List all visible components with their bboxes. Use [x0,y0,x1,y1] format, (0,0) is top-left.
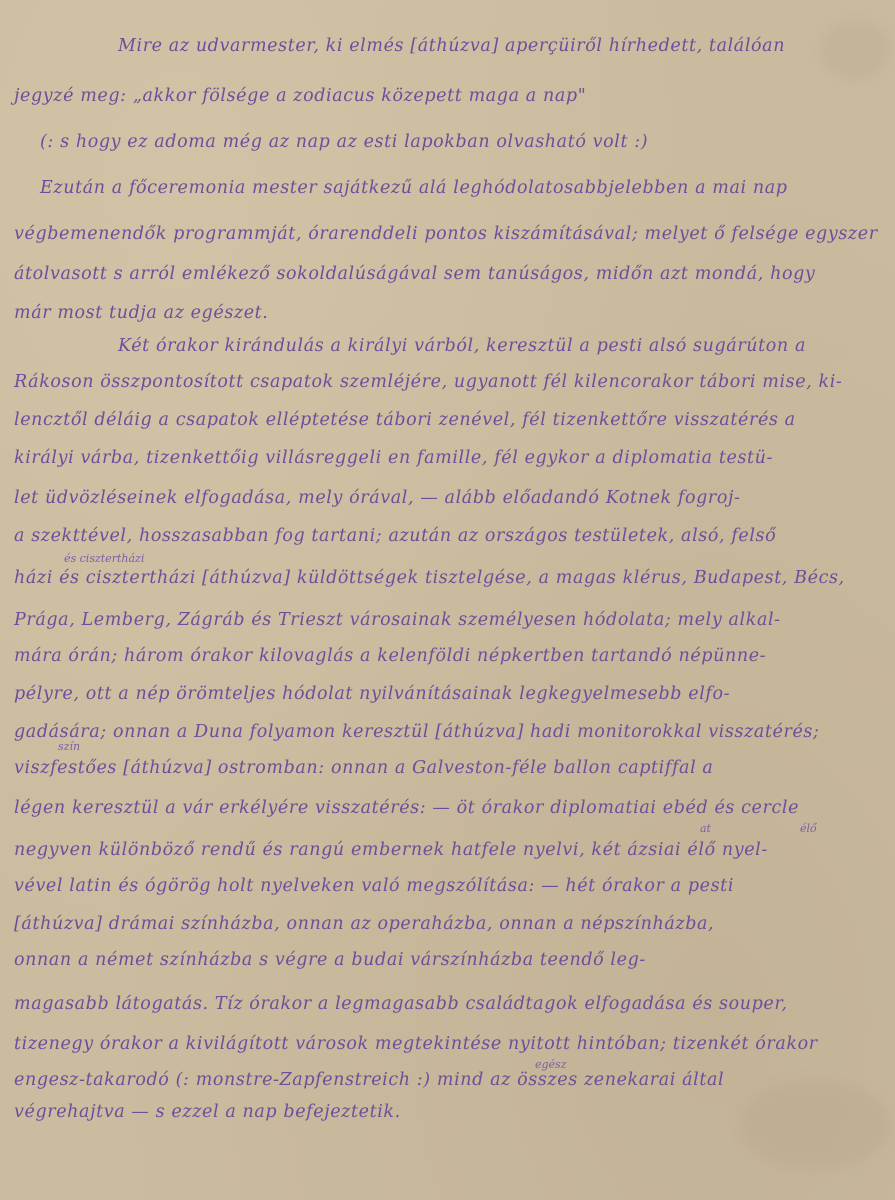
manuscript-line: tizenegy órakor a kivilágított városok m… [14,1036,881,1054]
manuscript-line: [áthúzva] drámai színházba, onnan az ope… [14,916,881,934]
manuscript-line: átolvasott s arról emlékező sokoldalúság… [14,266,881,284]
interlinear-note: és cisztertházi [64,552,144,565]
manuscript-line: a szekttével, hosszasabban fog tartani; … [14,528,881,546]
manuscript-line: királyi várba, tizenkettőig villásreggel… [14,450,881,468]
manuscript-line: lencztől déláig a csapatok elléptetése t… [14,412,881,430]
manuscript-line: jegyzé meg: „akkor fölsége a zodiacus kö… [14,88,881,106]
manuscript-line: onnan a német színházba s végre a budai … [14,952,881,970]
manuscript-line: Rákoson összpontosított csapatok szemléj… [14,374,881,392]
manuscript-line: negyven különböző rendű és rangú emberne… [14,842,881,860]
interlinear-note: élő [800,822,817,835]
manuscript-line: végrehajtva — s ezzel a nap befejeztetik… [14,1104,881,1122]
manuscript-line: pélyre, ott a nép örömteljes hódolat nyi… [14,686,881,704]
paper-stain [740,1080,890,1170]
manuscript-line: engesz-takarodó (: monstre-Zapfenstreich… [14,1072,881,1090]
manuscript-line: házi és cisztertházi [áthúzva] küldöttsé… [14,570,881,588]
interlinear-note: at [700,822,711,835]
manuscript-line: mára órán; három órakor kilovaglás a kel… [14,648,881,666]
manuscript-line: viszfestőes [áthúzva] ostromban: onnan a… [14,760,881,778]
manuscript-line: végbemenendők programmját, órarenddeli p… [14,226,881,244]
manuscript-line: vével latin és ógörög holt nyelveken val… [14,878,881,896]
manuscript-line: Prága, Lemberg, Zágráb és Trieszt városa… [14,612,881,630]
manuscript-line: (: s hogy ez adoma még az nap az esti la… [40,134,881,152]
manuscript-line: Mire az udvarmester, ki elmés [áthúzva] … [118,38,881,56]
manuscript-line: let üdvözléseinek elfogadása, mely óráva… [14,490,881,508]
manuscript-line: légen keresztül a vár erkélyére visszaté… [14,800,881,818]
manuscript-line: Két órakor kirándulás a királyi várból, … [118,338,881,356]
manuscript-page: Mire az udvarmester, ki elmés [áthúzva] … [0,0,895,1200]
manuscript-line: Ezután a főceremonia mester sajátkezű al… [40,180,881,198]
manuscript-line: már most tudja az egészet. [14,305,881,323]
manuscript-line: gadására; onnan a Duna folyamon keresztü… [14,724,881,742]
manuscript-line: magasabb látogatás. Tíz órakor a legmaga… [14,996,881,1014]
interlinear-note: szín [58,740,80,753]
